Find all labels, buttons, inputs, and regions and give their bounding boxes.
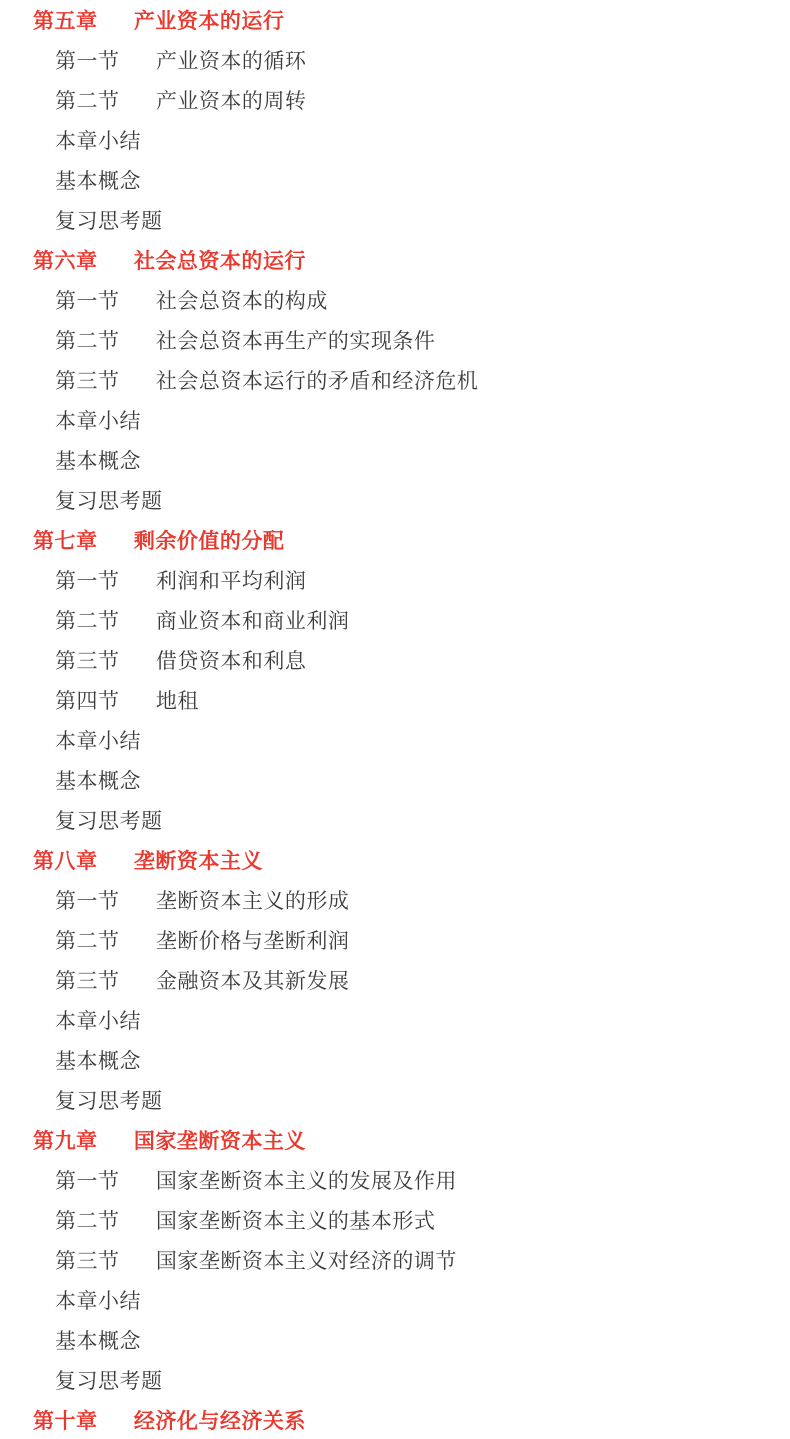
toc-plain-entry: 复习思考题 xyxy=(0,802,790,842)
entry-title: 复习思考题 xyxy=(55,482,163,522)
toc-section-entry: 第一节 社会总资本的构成 xyxy=(0,282,790,322)
toc-chapter-entry: 第八章 垄断资本主义 xyxy=(0,842,790,882)
toc-section-entry: 第三节 社会总资本运行的矛盾和经济危机 xyxy=(0,362,790,402)
entry-number: 第一节 xyxy=(55,562,120,602)
entry-title: 垄断价格与垄断利润 xyxy=(156,922,350,962)
toc-plain-entry: 本章小结 xyxy=(0,1282,790,1322)
entry-number: 第二节 xyxy=(55,602,120,642)
entry-title: 本章小结 xyxy=(55,1282,141,1322)
entry-title: 国家垄断资本主义的发展及作用 xyxy=(156,1162,457,1202)
entry-title: 社会总资本的构成 xyxy=(156,282,328,322)
toc-section-entry: 第二节 国家垄断资本主义的基本形式 xyxy=(0,1202,790,1242)
entry-number: 第一节 xyxy=(55,282,120,322)
entry-number: 第五章 xyxy=(33,2,98,42)
entry-number: 第一节 xyxy=(55,1162,120,1202)
entry-title: 经济化与经济关系 xyxy=(134,1402,306,1439)
toc-section-entry: 第二节 社会总资本再生产的实现条件 xyxy=(0,322,790,362)
entry-title: 垄断资本主义 xyxy=(134,842,263,882)
entry-number: 第二节 xyxy=(55,322,120,362)
entry-number: 第四节 xyxy=(55,682,120,722)
toc-plain-entry: 基本概念 xyxy=(0,162,790,202)
entry-title: 垄断资本主义的形成 xyxy=(156,882,350,922)
entry-title: 复习思考题 xyxy=(55,1362,163,1402)
entry-title: 社会总资本再生产的实现条件 xyxy=(156,322,436,362)
entry-title: 本章小结 xyxy=(55,402,141,442)
toc-section-entry: 第一节 利润和平均利润 xyxy=(0,562,790,602)
entry-title: 借贷资本和利息 xyxy=(156,642,307,682)
toc-chapter-entry: 第六章 社会总资本的运行 xyxy=(0,242,790,282)
entry-title: 国家垄断资本主义 xyxy=(134,1122,306,1162)
entry-number: 第八章 xyxy=(33,842,98,882)
entry-title: 复习思考题 xyxy=(55,1082,163,1122)
entry-title: 国家垄断资本主义的基本形式 xyxy=(156,1202,436,1242)
toc-plain-entry: 基本概念 xyxy=(0,442,790,482)
entry-title: 基本概念 xyxy=(55,442,141,482)
entry-title: 基本概念 xyxy=(55,762,141,802)
toc-chapter-entry: 第九章 国家垄断资本主义 xyxy=(0,1122,790,1162)
entry-title: 基本概念 xyxy=(55,1042,141,1082)
toc-chapter-entry: 第五章 产业资本的运行 xyxy=(0,2,790,42)
toc-plain-entry: 基本概念 xyxy=(0,1322,790,1362)
toc-plain-entry: 复习思考题 xyxy=(0,482,790,522)
entry-number: 第三节 xyxy=(55,362,120,402)
entry-title: 金融资本及其新发展 xyxy=(156,962,350,1002)
toc-section-entry: 第二节 垄断价格与垄断利润 xyxy=(0,922,790,962)
entry-title: 商业资本和商业利润 xyxy=(156,602,350,642)
toc-plain-entry: 复习思考题 xyxy=(0,1362,790,1402)
toc-plain-entry: 本章小结 xyxy=(0,122,790,162)
entry-number: 第二节 xyxy=(55,82,120,122)
entry-title: 剩余价值的分配 xyxy=(134,522,285,562)
toc-section-entry: 第二节 产业资本的周转 xyxy=(0,82,790,122)
entry-title: 社会总资本的运行 xyxy=(134,242,306,282)
toc-section-entry: 第二节 商业资本和商业利润 xyxy=(0,602,790,642)
entry-title: 国家垄断资本主义对经济的调节 xyxy=(156,1242,457,1282)
toc-section-entry: 第三节 国家垄断资本主义对经济的调节 xyxy=(0,1242,790,1282)
entry-number: 第七章 xyxy=(33,522,98,562)
entry-title: 基本概念 xyxy=(55,1322,141,1362)
toc-plain-entry: 本章小结 xyxy=(0,1002,790,1042)
toc-section-entry: 第三节 金融资本及其新发展 xyxy=(0,962,790,1002)
toc-chapter-entry: 第七章 剩余价值的分配 xyxy=(0,522,790,562)
entry-title: 产业资本的运行 xyxy=(134,2,285,42)
entry-number: 第三节 xyxy=(55,1242,120,1282)
entry-title: 本章小结 xyxy=(55,1002,141,1042)
toc-section-entry: 第一节 国家垄断资本主义的发展及作用 xyxy=(0,1162,790,1202)
entry-number: 第二节 xyxy=(55,1202,120,1242)
entry-number: 第一节 xyxy=(55,882,120,922)
toc-chapter-entry: 第十章 经济化与经济关系 xyxy=(0,1402,790,1439)
toc-section-entry: 第一节 垄断资本主义的形成 xyxy=(0,882,790,922)
toc-plain-entry: 本章小结 xyxy=(0,402,790,442)
entry-number: 第一节 xyxy=(55,42,120,82)
toc-plain-entry: 本章小结 xyxy=(0,722,790,762)
entry-number: 第三节 xyxy=(55,962,120,1002)
entry-title: 利润和平均利润 xyxy=(156,562,307,602)
toc-plain-entry: 基本概念 xyxy=(0,1042,790,1082)
entry-title: 本章小结 xyxy=(55,722,141,762)
entry-number: 第二节 xyxy=(55,922,120,962)
toc-page: 第五章 产业资本的运行 第一节 产业资本的循环 第二节 产业资本的周转 本章小结… xyxy=(0,0,790,1439)
entry-title: 基本概念 xyxy=(55,162,141,202)
toc-plain-entry: 基本概念 xyxy=(0,762,790,802)
toc-list: 第五章 产业资本的运行 第一节 产业资本的循环 第二节 产业资本的周转 本章小结… xyxy=(0,2,790,1439)
entry-number: 第六章 xyxy=(33,242,98,282)
entry-title: 复习思考题 xyxy=(55,202,163,242)
entry-number: 第三节 xyxy=(55,642,120,682)
entry-title: 地租 xyxy=(156,682,199,722)
toc-section-entry: 第四节 地租 xyxy=(0,682,790,722)
entry-number: 第九章 xyxy=(33,1122,98,1162)
entry-number: 第十章 xyxy=(33,1402,98,1439)
toc-section-entry: 第三节 借贷资本和利息 xyxy=(0,642,790,682)
entry-title: 产业资本的周转 xyxy=(156,82,307,122)
entry-title: 复习思考题 xyxy=(55,802,163,842)
toc-section-entry: 第一节 产业资本的循环 xyxy=(0,42,790,82)
entry-title: 本章小结 xyxy=(55,122,141,162)
toc-plain-entry: 复习思考题 xyxy=(0,202,790,242)
entry-title: 社会总资本运行的矛盾和经济危机 xyxy=(156,362,479,402)
toc-plain-entry: 复习思考题 xyxy=(0,1082,790,1122)
entry-title: 产业资本的循环 xyxy=(156,42,307,82)
